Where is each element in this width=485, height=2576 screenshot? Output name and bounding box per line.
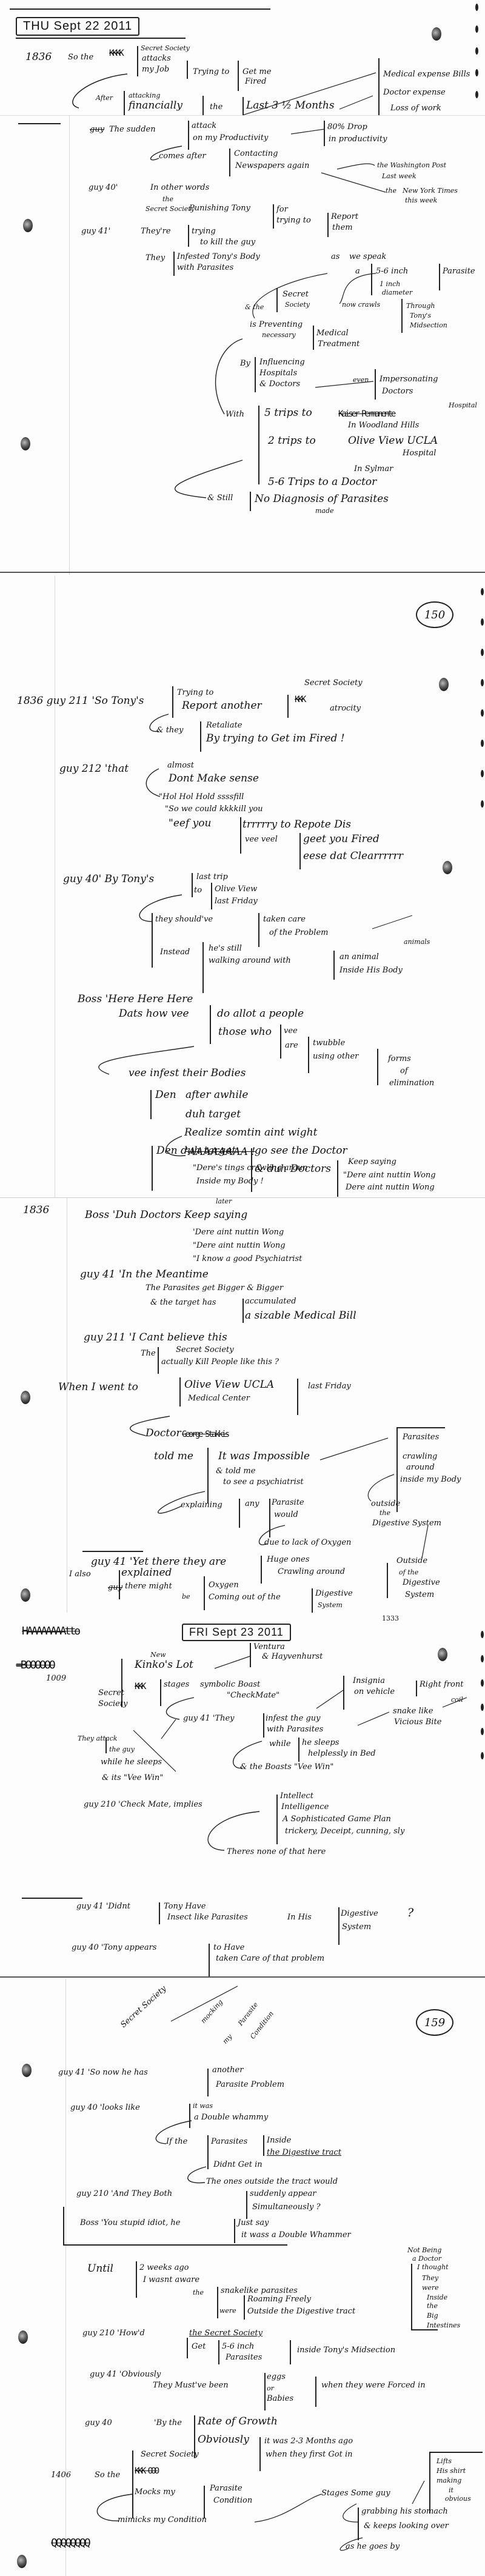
entry-text: System xyxy=(342,1923,371,1932)
entry-text: Babies xyxy=(267,2395,293,2403)
entry-text: In Woodland Hills xyxy=(348,421,419,430)
entry-text: Olive View xyxy=(215,885,257,894)
entry-text: It was Impossible xyxy=(218,1451,310,1462)
entry-text: No Diagnosis of Parasites xyxy=(255,494,389,505)
entry-text: Not Being xyxy=(407,2247,441,2254)
entry-text: them xyxy=(332,224,353,232)
notebook-page-sept-22-overlay: guy The sudden attack on my Productivity… xyxy=(0,115,485,575)
entry-text: 2 trips to xyxy=(268,436,316,447)
entry-text: they should've xyxy=(155,915,213,924)
entry-text: Secret xyxy=(283,290,309,299)
notebook-page-159: 159 Secret Society mocking my Parasite C… xyxy=(0,1979,485,2576)
entry-text: with Parasites xyxy=(177,264,233,272)
binder-ring xyxy=(481,649,484,656)
punch-hole xyxy=(443,861,452,874)
entry-text: Boss 'Duh Doctors Keep saying xyxy=(85,1210,247,1221)
entry-text: when they were Forced in xyxy=(321,2381,426,2390)
entry-text: Big xyxy=(427,2312,438,2320)
entry-text: Boss 'You stupid idiot, he xyxy=(80,2219,180,2227)
entry-text: Coming out of the xyxy=(209,1593,281,1602)
entry-text: Medical Center xyxy=(188,1394,250,1403)
entry-text: the xyxy=(386,187,396,195)
entry-text: guy 40 xyxy=(85,2419,112,2427)
entry-text: ? xyxy=(407,1907,413,1919)
entry-text: as xyxy=(331,253,339,261)
binder-ring xyxy=(481,1728,484,1735)
entry-text: coil xyxy=(451,1696,463,1704)
binder-ring xyxy=(481,1704,484,1711)
entry-text: on my Productivity xyxy=(193,134,268,142)
entry-text: are xyxy=(285,1042,298,1050)
entry-text: Treatment xyxy=(318,340,360,349)
binder-ring xyxy=(481,1655,484,1662)
entry-text: Doctor expense xyxy=(383,89,446,97)
binder-ring xyxy=(475,25,478,33)
entry-text: mimicks my Condition xyxy=(118,2516,207,2524)
notebook-page-sept-23: HAAAAAAAAtto FRI Sept 23 2011 1333 =BOOO… xyxy=(0,1613,485,1978)
entry-text: necessary xyxy=(262,332,296,339)
entry-text: of xyxy=(400,1067,408,1076)
entry-text: Den duh target xyxy=(156,1146,236,1157)
entry-text: & the xyxy=(245,304,264,311)
binder-ring xyxy=(475,47,478,55)
entry-text: Stages Some guy xyxy=(321,2489,390,2498)
date-underline xyxy=(16,38,186,39)
punch-hole xyxy=(438,1648,447,1661)
entry-text: guy 40 'looks like xyxy=(70,2104,140,2112)
entry-text: outside xyxy=(371,1500,400,1508)
entry-time: 1836 xyxy=(25,52,52,63)
entry-text: walking around with xyxy=(209,957,291,965)
entry-text: to Have xyxy=(213,1944,244,1952)
entry-text: last Friday xyxy=(215,897,258,906)
top-rule xyxy=(10,8,270,10)
entry-text: as he goes by xyxy=(346,2543,400,2551)
page-divider xyxy=(0,572,485,573)
entry-text: the xyxy=(162,196,173,203)
entry-text: vee veel xyxy=(245,835,278,844)
entry-text: I thought xyxy=(417,2264,449,2271)
entry-text: Parasite xyxy=(210,2484,242,2493)
entry-text: "I know a good Psychiatrist xyxy=(193,1255,302,1263)
punch-hole xyxy=(17,2555,27,2568)
entry-text: Tony's xyxy=(410,312,431,319)
entry-text: Parasite xyxy=(272,1499,304,1507)
entry-text: he's still xyxy=(209,945,242,953)
entry-text: Tony Have xyxy=(164,1902,206,1911)
binder-ring xyxy=(481,1679,484,1687)
entry-text: while xyxy=(269,1740,291,1748)
entry-text: around xyxy=(406,1464,435,1472)
entry-text: comes after xyxy=(159,152,206,161)
entry-text: taken Care of that problem xyxy=(216,1955,324,1963)
entry-text: to kill the guy xyxy=(200,238,255,247)
punch-hole xyxy=(439,678,449,691)
entry-text: A Sophisticated Game Plan xyxy=(283,1815,391,1824)
entry-text: 2 weeks ago xyxy=(139,2264,189,2272)
entry-text: Midsection xyxy=(410,322,447,329)
scribbled-out-text: KKK xyxy=(135,1682,144,1691)
entry-text: duh target xyxy=(186,1109,241,1120)
entry-text: & Still xyxy=(207,494,233,503)
entry-text: 5-6 Trips to a Doctor xyxy=(268,477,376,488)
entry-text: another xyxy=(212,2066,243,2075)
entry-text: grabbing his stomach xyxy=(361,2507,448,2516)
entry-text: he sleeps xyxy=(302,1739,339,1747)
entry-text: 1009 xyxy=(46,1674,66,1683)
page-date-header: THU Sept 22 2011 xyxy=(16,17,139,36)
entry-text: & Hayvenhurst xyxy=(262,1653,323,1661)
entry-text: Secret xyxy=(98,1689,124,1698)
entry-text: guy 212 'that xyxy=(59,764,129,775)
entry-text: eggs xyxy=(267,2373,286,2381)
entry-text: made xyxy=(315,507,334,515)
entry-text: mocking xyxy=(199,1998,224,2024)
page-divider xyxy=(0,1976,485,1978)
entry-text: & the Boasts "Vee Win" xyxy=(240,1763,333,1771)
entry-text: Secret Society xyxy=(145,206,195,213)
entry-text: Vicious Bite xyxy=(394,1718,441,1727)
entry-text: Doctors xyxy=(382,387,413,396)
entry-text: trying xyxy=(192,227,216,236)
entry-text: Hospital xyxy=(403,449,436,458)
entry-text: in productivity xyxy=(329,135,387,144)
entry-text: Boss 'Here Here Here xyxy=(78,994,193,1005)
entry-text: 1 inch xyxy=(380,281,400,288)
entry-text: Hospitals xyxy=(259,369,297,378)
entry-text: After xyxy=(96,95,113,102)
entry-text: By trying to Get im Fired ! xyxy=(206,734,345,744)
entry-text: Hospital xyxy=(449,402,477,409)
entry-text: guy 41 'Obviously xyxy=(90,2370,161,2379)
entry-text: Last 3 ½ Months xyxy=(246,101,335,112)
entry-text: Dont Make sense xyxy=(169,774,259,785)
notebook-page-doctors: later 1836 Boss 'Duh Doctors Keep saying… xyxy=(0,1197,485,1613)
binder-ring xyxy=(481,588,484,595)
entry-text: 1406 xyxy=(51,2471,71,2480)
entry-text: attacking xyxy=(129,92,160,99)
entry-text: Den xyxy=(155,1090,176,1101)
punch-hole xyxy=(21,437,30,450)
entry-text: geet you Fired xyxy=(303,834,380,845)
notebook-page-150: 150 1836 guy 211 'So Tony's Trying to Re… xyxy=(0,576,485,1197)
entry-text: The xyxy=(141,1350,156,1358)
entry-text: elimination xyxy=(389,1079,434,1088)
entry-text: Retaliate xyxy=(206,721,242,730)
entry-text: Intelligence xyxy=(281,1803,329,1812)
entry-text: & the target has xyxy=(150,1299,216,1307)
entry-text: this week xyxy=(405,197,437,204)
entry-text: obvious xyxy=(445,2495,471,2503)
entry-text: Trying to xyxy=(193,68,229,76)
entry-text: Keep saying xyxy=(348,1158,396,1166)
punch-hole xyxy=(23,219,33,232)
entry-text: while he sleeps xyxy=(101,1758,162,1767)
binder-ring xyxy=(481,1631,484,1638)
entry-text: "CheckMate" xyxy=(227,1691,279,1700)
connector-arrows xyxy=(0,1613,485,1978)
entry-text: I also xyxy=(69,1570,91,1579)
entry-text: guy 41 'In the Meantime xyxy=(80,1270,209,1280)
entry-text: Right front xyxy=(420,1681,463,1689)
entry-text: 5 trips to xyxy=(264,408,312,419)
entry-text: 1836 xyxy=(23,1205,49,1216)
entry-text: atrocity xyxy=(330,704,361,713)
entry-text: guy 211 'I Cant believe this xyxy=(84,1333,227,1343)
entry-text: last trip xyxy=(196,873,228,882)
entry-text: inside Tony's Midsection xyxy=(297,2346,395,2355)
page-number: 150 xyxy=(416,601,453,628)
entry-text: those who xyxy=(218,1027,272,1038)
scribbled-out-text: HAAAAAAAAtto xyxy=(22,1625,79,1638)
entry-text: Oxygen xyxy=(209,1581,239,1590)
entry-text: guy 210 'And They Both xyxy=(76,2190,172,2198)
entry-text: In Sylmar xyxy=(354,465,393,473)
entry-text: Parasites xyxy=(403,1433,439,1442)
entry-text: it xyxy=(449,2487,453,2494)
entry-text: Secret Society xyxy=(141,45,190,52)
entry-text: be xyxy=(182,1593,190,1601)
entry-text: They Must've been xyxy=(153,2381,229,2390)
scribbled-out-text: KKK OOO xyxy=(135,2466,158,2476)
entry-text: almost xyxy=(167,761,194,770)
entry-text: Secret Society xyxy=(141,2451,199,2459)
entry-text: System xyxy=(318,1602,343,1609)
entry-text: 5-6 inch xyxy=(222,2343,254,2351)
entry-text: Punishing Tony xyxy=(189,204,250,213)
entry-text: infest the guy xyxy=(266,1715,321,1723)
entry-text: guy 210 'Check Mate, implies xyxy=(84,1801,202,1809)
entry-text: The ones outside the tract would xyxy=(206,2178,338,2186)
entry-text: Outside the Digestive tract xyxy=(247,2307,355,2316)
entry-text: Secret Society xyxy=(119,1985,168,2030)
entry-text: Huge ones xyxy=(267,1556,309,1564)
entry-text: Lifts xyxy=(436,2458,452,2465)
entry-text: With xyxy=(226,410,244,419)
entry-text: "eef you xyxy=(169,818,211,829)
scribbled-out-text: QQQQQQQQ xyxy=(51,2537,89,2549)
entry-text: my xyxy=(221,2033,233,2045)
entry-text: to see a psychiatrist xyxy=(223,1478,304,1487)
entry-text: were xyxy=(422,2284,439,2292)
entry-text: Rate of Growth xyxy=(198,2417,278,2427)
entry-text: vee infest their Bodies xyxy=(129,1068,246,1079)
entry-text: forms xyxy=(388,1055,411,1063)
entry-text: when they first Got in xyxy=(266,2451,352,2459)
entry-text: later xyxy=(216,1198,232,1205)
entry-text: They xyxy=(145,254,165,263)
entry-text: for xyxy=(276,206,288,214)
entry-text: Parasite xyxy=(237,2001,259,2027)
entry-text: the Washington Post xyxy=(377,162,446,169)
notebook-page-sept-22: THU Sept 22 2011 1836 So the KKKK Secret… xyxy=(0,0,485,115)
entry-text: Secret Society xyxy=(304,679,363,687)
entry-text: explained xyxy=(121,1568,172,1579)
entry-text: a Double whammy xyxy=(194,2113,268,2122)
punch-hole xyxy=(22,2064,32,2077)
entry-text: taken care xyxy=(263,915,306,924)
entry-text: snake like xyxy=(393,1707,433,1716)
punch-hole xyxy=(18,2330,28,2344)
entry-text: trickery, Deceipt, cunning, sly xyxy=(285,1827,404,1836)
entry-text: & duh Doctors xyxy=(255,1164,331,1175)
entry-text: guy 41 'Didnt xyxy=(76,1902,130,1911)
entry-text: By xyxy=(240,360,250,368)
entry-text: & Doctors xyxy=(259,380,300,389)
entry-text: trrrrry to Repote Dis xyxy=(242,820,351,831)
notebook-page-doctors-continued: I also explained there might be Oxygen C… xyxy=(0,1564,485,1613)
entry-text: suddenly appear xyxy=(250,2190,316,2198)
entry-text: 80% Drop xyxy=(327,123,367,132)
entry-text: any xyxy=(245,1500,259,1508)
punch-hole xyxy=(21,1391,30,1404)
entry-text: of the Problem xyxy=(269,929,328,937)
entry-text: guy 210 'How'd xyxy=(82,2329,145,2338)
entry-text: Inside His Body xyxy=(339,966,403,975)
entry-text: His shirt xyxy=(436,2467,466,2475)
entry-text: my Job xyxy=(142,65,169,74)
entry-text: using other xyxy=(313,1052,358,1061)
punch-hole xyxy=(432,27,441,41)
entry-text: Parasites xyxy=(211,2138,247,2146)
connector-arrows xyxy=(0,116,485,575)
entry-text: guy 40' xyxy=(89,184,118,192)
entry-text: & they xyxy=(156,726,183,735)
page-mark: 1333 xyxy=(382,1615,399,1622)
entry-text: would xyxy=(274,1511,298,1519)
binder-ring xyxy=(481,770,484,777)
entry-text: Simultaneously ? xyxy=(252,2203,320,2212)
entry-text: In His xyxy=(287,1913,312,1922)
entry-text: it wass a Double Whammer xyxy=(241,2231,351,2240)
entry-text: crawling xyxy=(403,1453,437,1461)
entry-text: Secret Society xyxy=(176,1346,234,1354)
binder-ring xyxy=(475,4,478,11)
entry-text: New York Times xyxy=(403,187,458,195)
binder-ring xyxy=(481,1752,484,1759)
entry-text: Ventura xyxy=(253,1643,285,1651)
entry-text: Mocks my xyxy=(135,2488,175,2497)
page-date-header: FRI Sept 23 2011 xyxy=(182,1624,291,1641)
entry-text: Through xyxy=(406,303,435,310)
entry-text: Get me xyxy=(242,68,271,76)
entry-text: is Preventing xyxy=(250,321,303,329)
entry-text: snakelike parasites xyxy=(221,2287,298,2295)
entry-text: Last week xyxy=(382,173,416,180)
entry-text: "So we could kkkkill you xyxy=(165,805,263,814)
entry-text: 'Dere aint nuttin Wong xyxy=(193,1228,284,1237)
entry-text: & keeps looking over xyxy=(364,2522,449,2531)
entry-text: Intestines xyxy=(427,2322,460,2329)
entry-text: on vehicle xyxy=(354,1688,395,1696)
entry-text: Insect like Parasites xyxy=(167,1913,248,1922)
entry-text: last Friday xyxy=(308,1382,351,1391)
entry-text: "Hol Hol Hold ssssfill xyxy=(159,793,244,801)
binder-ring xyxy=(475,69,478,76)
entry-text: 'By the xyxy=(154,2419,182,2427)
binder-ring xyxy=(481,800,484,808)
entry-text: Report another xyxy=(182,701,262,712)
entry-text: guy 40 'Tony appears xyxy=(72,1944,156,1952)
entry-text: go see the Doctor xyxy=(255,1146,347,1157)
entry-text: The Parasites get Bigger & Bigger xyxy=(145,1284,283,1293)
entry-text: after awhile xyxy=(186,1090,248,1101)
entry-text: 1836 guy 211 'So Tony's xyxy=(17,696,144,707)
entry-text: guy xyxy=(108,1584,122,1592)
entry-text: Infested Tony's Body xyxy=(177,253,260,261)
entry-text: Doctor xyxy=(145,1428,181,1439)
entry-text: Fired xyxy=(245,78,266,86)
entry-text: Get xyxy=(192,2343,206,2351)
entry-text: accumulated xyxy=(245,1297,296,1306)
entry-text: financially xyxy=(129,101,182,112)
entry-text: told me xyxy=(154,1451,193,1462)
entry-text: & told me xyxy=(216,1467,255,1476)
entry-text: symbolic Boast xyxy=(200,1681,260,1689)
entry-text: The sudden xyxy=(109,125,156,134)
entry-text: I wasnt aware xyxy=(143,2276,199,2284)
entry-text: the guy xyxy=(109,1746,135,1753)
entry-text: If the xyxy=(166,2138,187,2146)
entry-text: They're xyxy=(141,227,171,236)
entry-text: Obviously xyxy=(198,2435,249,2446)
entry-text: attack xyxy=(192,122,216,130)
entry-text: They xyxy=(422,2275,438,2282)
entry-text: In other words xyxy=(150,184,209,192)
binder-ring xyxy=(481,709,484,717)
entry-text: Parasite Problem xyxy=(216,2081,284,2089)
binder-ring xyxy=(481,740,484,747)
entry-text: So the xyxy=(68,53,93,62)
notebook-page-150-continued: Den duh target go see the Doctor & duh D… xyxy=(0,1134,485,1197)
entry-text: guy 40' By Tony's xyxy=(63,874,154,885)
entry-text: guy 41 'They xyxy=(183,1715,235,1723)
entry-text: Dere aint nuttin Wong xyxy=(346,1183,435,1192)
entry-text: eese dat Clearrrrrr xyxy=(303,851,403,862)
entry-text: do allot a people xyxy=(217,1009,304,1020)
scribbled-out-text: =BOOOOOO xyxy=(16,1659,54,1671)
entry-text: actually Kill People like this ? xyxy=(161,1358,279,1367)
entry-text: with Parasites xyxy=(267,1725,323,1734)
entry-text: or xyxy=(267,2385,274,2392)
entry-text: were xyxy=(219,2307,236,2315)
entry-text: the xyxy=(380,1510,390,1517)
entry-text: the xyxy=(210,103,222,112)
entry-text: New xyxy=(150,1651,166,1659)
entry-text: due to lack of Oxygen xyxy=(264,1539,351,1547)
entry-text: Digestive xyxy=(315,1590,353,1598)
entry-text: Digestive xyxy=(341,1910,378,1918)
entry-text: Inside xyxy=(427,2294,447,2301)
entry-text: Trying to xyxy=(177,689,213,697)
entry-text: Dats how vee xyxy=(119,1009,189,1020)
entry-text: Influencing xyxy=(259,358,305,367)
entry-text: Society xyxy=(285,301,310,309)
entry-text: Insignia xyxy=(353,1677,385,1685)
entry-text: the xyxy=(427,2303,438,2310)
binder-ring xyxy=(481,618,484,626)
entry-text: Medical expense Bills xyxy=(383,70,470,79)
entry-text: Loss of work xyxy=(390,104,441,113)
page-number: 159 xyxy=(416,2009,453,2036)
entry-text: a sizable Medical Bill xyxy=(245,1311,356,1322)
entry-text: diameter xyxy=(382,289,412,296)
entry-text: Parasite xyxy=(443,267,475,276)
entry-text: "Dere aint nuttin Wong xyxy=(193,1242,286,1250)
entry-text: Just say xyxy=(238,2219,269,2227)
entry-text: the xyxy=(193,2289,204,2297)
entry-text: twubble xyxy=(313,1039,345,1048)
